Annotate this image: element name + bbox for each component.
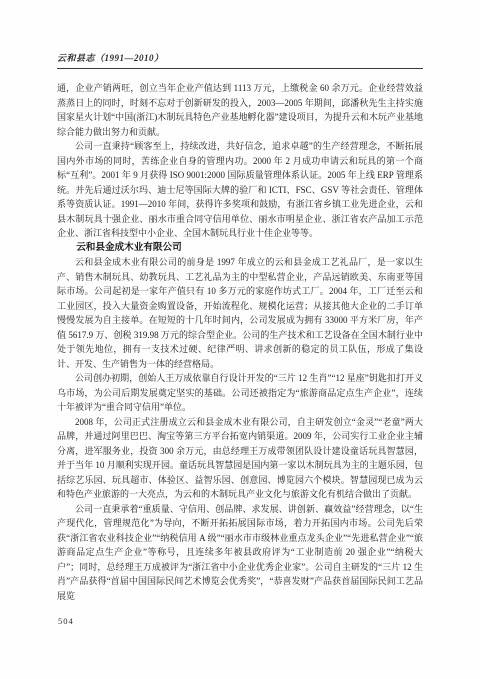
page-header: 云和县志（1991—2010） xyxy=(57,53,423,69)
paragraph-continuation: 通，企业产销两旺，创立当年企业产值达到 1113 万元，上缴税金 60 余万元。… xyxy=(57,81,423,139)
book-page: 云和县志（1991—2010） 通，企业产销两旺，创立当年企业产值达到 1113… xyxy=(0,0,480,679)
page-number: 504 xyxy=(58,616,74,626)
paragraph: 2008 年，公司正式注册成立云和县金成木业有限公司，自主研发创立“金灵”“老童… xyxy=(57,415,423,502)
running-header-title: 云和县志（1991—2010） xyxy=(57,53,423,64)
section-heading: 云和县金成木业有限公司 xyxy=(57,241,423,256)
paragraph: 公司一直秉持“顾客至上，持续改进，共好信念，追求卓越”的生产经营理念，不断拓展国… xyxy=(57,139,423,241)
header-divider xyxy=(57,68,423,69)
paragraph: 公司创办初期，创始人王万成依靠自行设计开发的“三片 12 生肖”“12 星座”钥… xyxy=(57,371,423,415)
paragraph: 云和县金成木业有限公司的前身是 1997 年成立的云和县金成工艺礼品厂，是一家以… xyxy=(57,255,423,371)
page-content: 通，企业产销两旺，创立当年企业产值达到 1113 万元，上缴税金 60 余万元。… xyxy=(57,81,423,611)
paragraph: 公司一直秉承着“重质量、守信用、创品牌、求发展、讲创新、赢效益”经营理念，以“生… xyxy=(57,502,423,604)
